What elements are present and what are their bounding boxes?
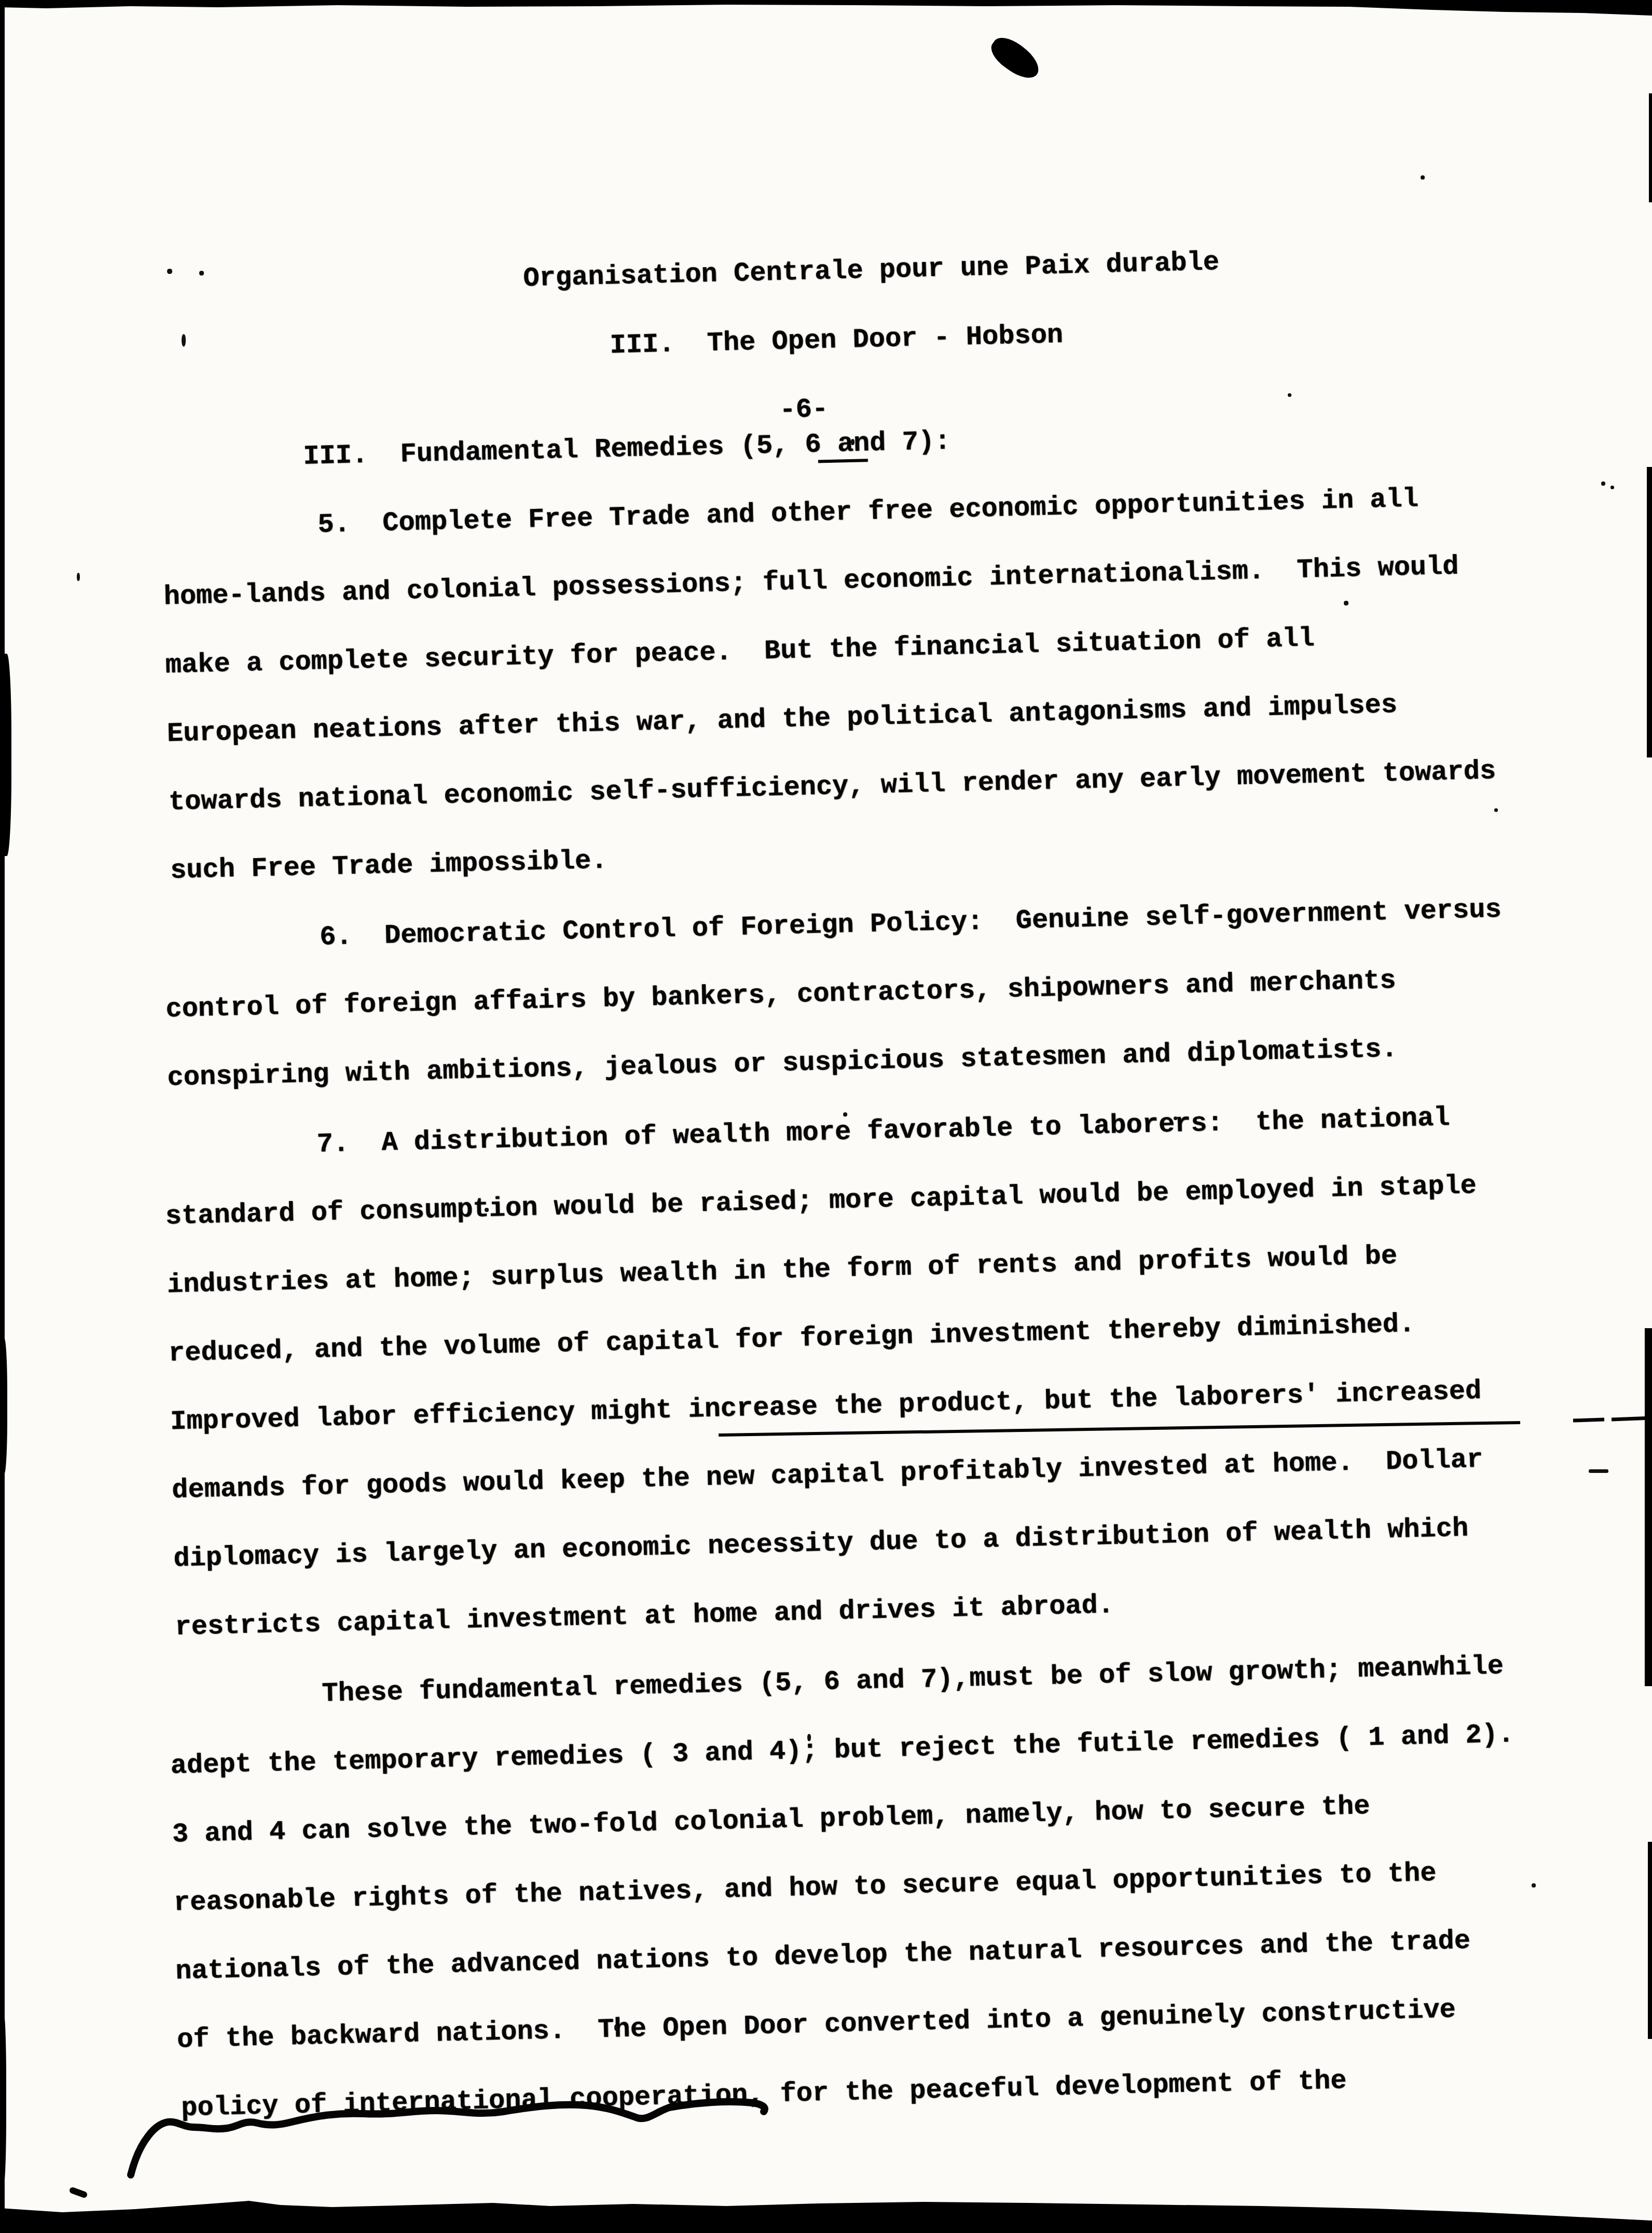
- scan-edge-left: [0, 0, 5, 2233]
- scan-edge-right: [1648, 1842, 1652, 2039]
- typed-line: industries at home; surplus wealth in th…: [167, 1243, 1397, 1300]
- typed-line: home-lands and colonial possessions; ful…: [163, 553, 1459, 611]
- typed-line: standard of consumption would be raised;…: [165, 1172, 1477, 1231]
- scan-speck: [843, 1112, 847, 1117]
- typed-line: 3 and 4 can solve the two-fold colonial …: [172, 1793, 1370, 1849]
- typed-line: diplomacy is largely an economic necessi…: [173, 1514, 1469, 1573]
- org-header-line: Organisation Centrale pour une Paix dura…: [523, 249, 1220, 293]
- scan-speck: [1288, 393, 1291, 397]
- scan-edge-blotch: [0, 654, 11, 856]
- scan-speck: [485, 1208, 489, 1212]
- scan-speck: [167, 269, 172, 274]
- scan-speck: [851, 439, 855, 445]
- typed-line: 7. A distribution of wealth more favorab…: [316, 1104, 1450, 1159]
- scan-speck: [1494, 808, 1498, 812]
- scan-speck: [1344, 601, 1348, 605]
- typed-line: demands for goods would keep the new cap…: [172, 1446, 1483, 1505]
- scan-edge-right: [1649, 93, 1652, 202]
- typed-line: conspiring with ambitions, jealous or su…: [167, 1035, 1398, 1092]
- typed-line: Improved labor efficiency might increase…: [170, 1377, 1481, 1437]
- scan-speck: [1589, 1469, 1608, 1473]
- typed-line: 6. Democratic Control of Foreign Policy:…: [320, 896, 1502, 952]
- scan-speck: [807, 1734, 811, 1741]
- typed-line: control of foreign affairs by bankers, c…: [166, 967, 1396, 1024]
- typed-line: make a complete security for peace. But …: [165, 625, 1315, 680]
- scan-speck: [1421, 175, 1425, 180]
- scan-speck: [1174, 1117, 1177, 1120]
- scan-speck: [1601, 481, 1605, 486]
- scan-edge-right: [1647, 467, 1652, 757]
- page-number: -6-: [779, 395, 829, 425]
- typed-line: of the backward nations. The Open Door c…: [177, 1996, 1456, 2055]
- typed-line: European neations after this war, and th…: [167, 691, 1397, 748]
- typed-line: adept the temporary remedies ( 3 and 4);…: [170, 1721, 1515, 1781]
- scan-speck: [218, 735, 223, 738]
- typed-line: reduced, and the volume of capital for f…: [168, 1311, 1415, 1368]
- scan-speck: [614, 2024, 617, 2031]
- word-underline-mark: [818, 459, 868, 463]
- typed-line: 5. Complete Free Trade and other free ec…: [318, 485, 1419, 540]
- scan-speck: [1532, 1883, 1536, 1887]
- typed-line: reasonable rights of the natives, and ho…: [173, 1859, 1437, 1918]
- scan-edge-blotch: [0, 1339, 7, 1473]
- section-heading: III. Fundamental Remedies (5, 6 and 7):: [303, 428, 951, 471]
- typed-line: restricts capital investment at home and…: [175, 1592, 1114, 1642]
- scan-edge-right: [1645, 1328, 1652, 1686]
- scan-speck: [77, 573, 80, 581]
- typed-text-block: Organisation Centrale pour une Paix dura…: [0, 0, 1652, 2232]
- typed-line: policy of international cooperation, for…: [181, 2067, 1347, 2123]
- typed-line: such Free Trade impossible.: [170, 847, 608, 885]
- scan-speck: [1610, 486, 1614, 489]
- typed-line: nationals of the advanced nations to dev…: [175, 1927, 1470, 1986]
- doc-title-line: III. The Open Door - Hobson: [610, 321, 1064, 360]
- scan-speck: [182, 334, 186, 347]
- typed-line: towards national economic self-sufficien…: [168, 757, 1496, 817]
- scan-edge-blotch: [0, 2013, 6, 2184]
- scanned-document-page: Organisation Centrale pour une Paix dura…: [0, 0, 1652, 2233]
- typed-line: These fundamental remedies (5, 6 and 7),…: [322, 1652, 1504, 1708]
- scan-speck: [199, 271, 204, 275]
